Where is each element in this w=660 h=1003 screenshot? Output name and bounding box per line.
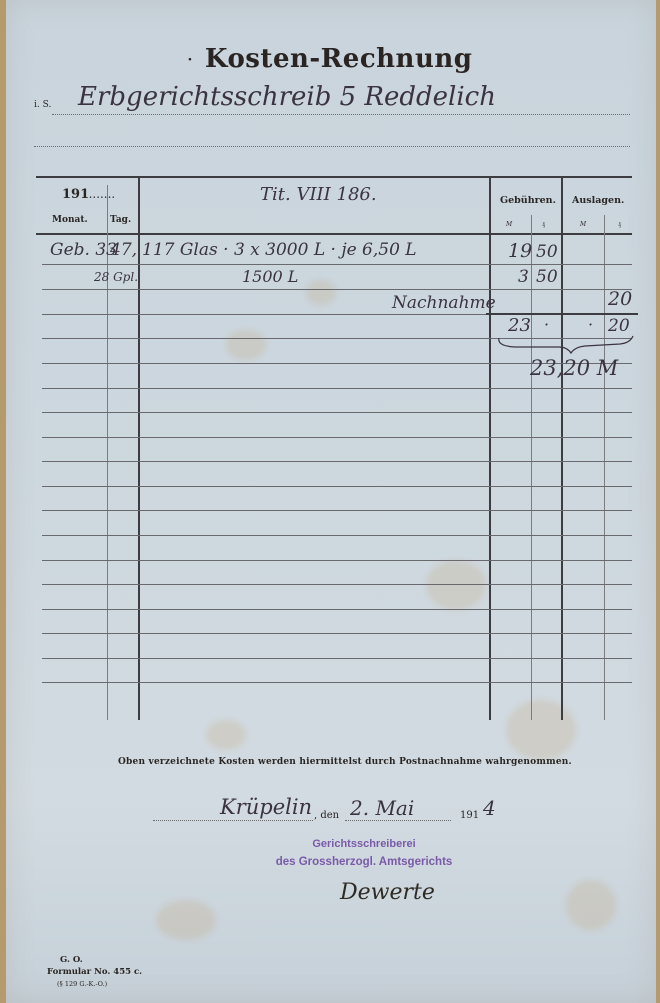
form-number: Formular No. 455 c. <box>47 967 142 977</box>
form-paragraph: (§ 129 G.-K.-O.) <box>57 980 107 988</box>
fees-mark-unit: M <box>506 221 512 228</box>
fees-pfennig-unit: ₰ <box>542 221 545 228</box>
footer-statement: Oben verzeichnete Kosten werden hiermitt… <box>118 757 572 767</box>
court-stamp-line1: Gerichtsschreiberei <box>250 838 478 850</box>
document-page <box>6 0 656 1003</box>
row-expenses-pfennig: 20 <box>608 288 632 310</box>
year-printed: 191 <box>460 810 479 821</box>
signature: Dewerte <box>340 880 435 905</box>
case-name: Erbgerichtsschreib 5 Reddelich <box>78 82 496 112</box>
col-day-header: Tag. <box>110 215 131 225</box>
court-stamp-line2: des Grossherzogl. Amtsgerichts <box>250 856 478 868</box>
row-fees-mark: 3 <box>518 267 529 287</box>
date: 2. Mai <box>350 796 414 820</box>
table-top-rule <box>36 176 632 178</box>
in-sachen-label: i. S. <box>34 100 51 110</box>
document-title: ·Kosten-Rechnung <box>0 44 660 74</box>
den-label: , den <box>314 810 339 821</box>
form-go: G. O. <box>60 955 83 965</box>
row-description: Nachnahme <box>392 293 496 313</box>
row-fees-pfennig: 50 <box>536 242 558 262</box>
col-month-header: Monat. <box>52 215 88 225</box>
expenses-mark-unit: M <box>580 221 586 228</box>
row-day: 47, <box>110 240 137 260</box>
row-fees-pfennig: 50 <box>536 267 558 287</box>
place: Krüpelin <box>220 795 312 819</box>
row-description: 1500 L <box>242 267 298 286</box>
year-prefix: 191....... <box>62 187 116 202</box>
row-fees-mark: 19 <box>508 240 532 262</box>
header-bottom-rule <box>36 233 632 235</box>
brace-icon <box>495 332 635 354</box>
tariff-reference: Tit. VIII 186. <box>260 184 377 205</box>
row-description: 117 Glas · 3 x 3000 L · je 6,50 L <box>142 240 417 260</box>
col-expenses-header: Auslagen. <box>572 195 624 206</box>
row-month: Geb. 33 <box>50 240 117 260</box>
row-day: 28 Gpl. <box>94 270 138 284</box>
expenses-pfennig-unit: ₰ <box>618 221 621 228</box>
grand-total: 23,20 M <box>530 356 618 380</box>
col-fees-header: Gebühren. <box>500 195 556 206</box>
year-handwritten: 4 <box>483 796 496 820</box>
